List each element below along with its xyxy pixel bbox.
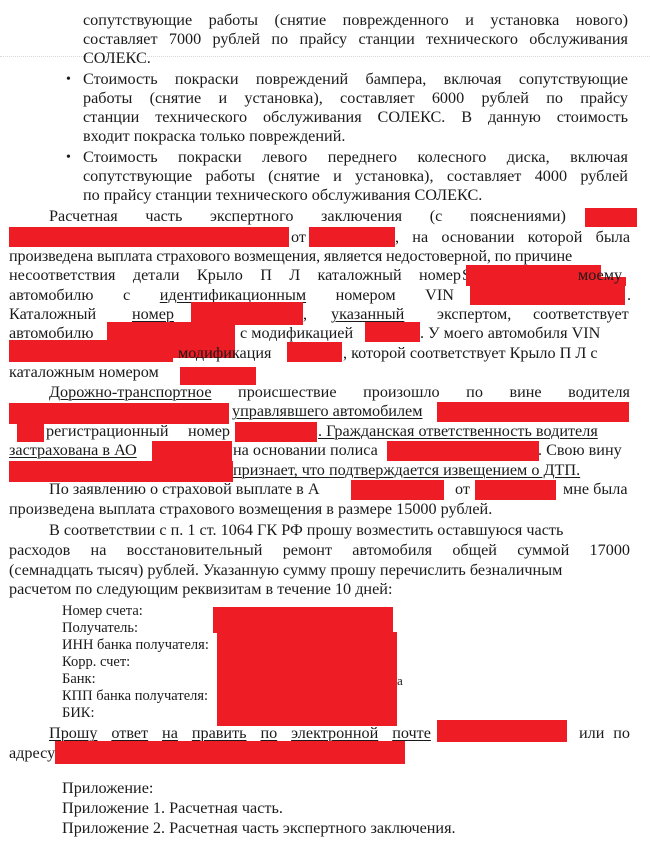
word: Стоимость: [83, 70, 158, 89]
expert-line3: произведена выплата страхового возмещени…: [9, 247, 572, 266]
word: водителя: [568, 383, 630, 402]
accident-line3-a: регистрационный: [46, 422, 169, 441]
bullet-icon: •: [66, 148, 71, 167]
word: бампера,: [365, 70, 426, 89]
redaction-box: [9, 342, 173, 362]
word: которой: [528, 228, 583, 247]
word: составляет: [340, 89, 415, 108]
word: по: [271, 30, 288, 49]
word: переднего: [328, 148, 397, 167]
word: прайсу: [299, 30, 347, 49]
word: (снятие: [150, 89, 202, 108]
word: 4000: [535, 167, 567, 186]
word: обслуживания: [529, 30, 628, 49]
reply-line2: адресу: [9, 744, 55, 763]
word: экспертного: [210, 207, 293, 226]
word: пояснениями): [470, 207, 566, 226]
word: Стоимость: [83, 148, 158, 167]
payment-line1-text: По заявлению о страховой выплате в: [49, 480, 304, 498]
redaction-box: [437, 720, 567, 742]
bullet3-line1: Стоимостьпокраскилевогопереднегоколесног…: [83, 148, 628, 167]
redaction-box: [107, 322, 235, 342]
word: происшествие: [238, 383, 337, 402]
word: или: [579, 724, 604, 743]
expert-line5-end: .: [627, 286, 631, 305]
word: с: [123, 286, 130, 305]
word: 7000: [169, 30, 201, 49]
word: номер: [419, 266, 461, 285]
payment-line1-a: По заявлению о страховой выплате в А: [49, 480, 320, 499]
payment-line1-partial: А: [308, 480, 320, 498]
word: была: [596, 228, 630, 247]
accident-line1: Дорожно-транспортноепроисшествиепроизошл…: [49, 383, 630, 402]
bullet1-line2: составляет7000рублейпопрайсустанциитехни…: [83, 30, 628, 49]
requisite-label-bank: Банк:: [62, 671, 96, 687]
word: (снятие: [268, 167, 320, 186]
word: 17000: [590, 541, 630, 560]
word: расходов: [9, 541, 70, 560]
requisite-label-bank-kpp: КПП банка получателя:: [62, 688, 208, 704]
word: основании: [441, 228, 514, 247]
word: включая: [570, 148, 628, 167]
word: общей: [452, 541, 497, 560]
word: установка: [490, 11, 559, 30]
payment-line1-b: от: [455, 480, 470, 499]
word: станции: [83, 108, 139, 127]
word: часть: [145, 207, 182, 226]
expert-line6-a: Каталожный: [9, 305, 96, 324]
redaction-box: [9, 461, 233, 482]
word: произошло: [363, 383, 440, 402]
word: автомобиля: [352, 541, 432, 560]
accident-line4-a: застрахована в АО: [9, 441, 137, 460]
word: сопутствующие: [519, 70, 628, 89]
word: и: [465, 11, 474, 30]
attachment-item: Приложение 1. Расчетная часть.: [62, 799, 283, 818]
word: технического: [155, 108, 247, 127]
expert-line2-from: от: [291, 228, 306, 247]
word: сопутствующие: [83, 11, 192, 30]
word: восстановительный: [127, 541, 263, 560]
word: (с: [430, 207, 443, 226]
word: составляет: [447, 167, 522, 186]
word: работы: [209, 11, 258, 30]
accident-line5: признает, что подтверждается извещением …: [233, 461, 580, 480]
bullet2-line4: входит покраска только повреждений.: [83, 127, 345, 146]
claim-line2: расходовнавосстановительныйремонтавтомоб…: [9, 541, 630, 560]
redaction-box: [55, 741, 405, 764]
word: рублей: [481, 89, 529, 108]
word: ,: [395, 228, 399, 247]
bullet3-line3: по прайсу станции технического обслужива…: [83, 186, 482, 205]
word: колесного: [417, 148, 486, 167]
redaction-box: [152, 441, 232, 461]
word: диска,: [507, 148, 550, 167]
word: обслуживания: [263, 108, 362, 127]
word: В: [461, 108, 472, 127]
word: покраски: [178, 148, 242, 167]
accident-line4-b: на основании полиса: [233, 441, 378, 460]
expert-line4-words: несоответствиядеталиКрылоПЛкаталожныйном…: [9, 266, 461, 285]
bullet3-line2: сопутствующиеработы(снятиеиустановка),со…: [83, 167, 628, 186]
redaction-box: [217, 632, 397, 726]
reply-line1-end: илипо: [579, 724, 630, 743]
expert-line6-f: соответствует: [533, 305, 629, 324]
word: вине: [509, 383, 541, 402]
word: и: [218, 89, 227, 108]
requisite-partial: а: [397, 674, 403, 688]
word: по: [466, 383, 483, 402]
word: ремонт: [283, 541, 332, 560]
redaction-box: [309, 227, 395, 247]
claim-line1: В соответствии с п. 1 ст. 1064 ГК РФ про…: [49, 521, 563, 540]
word: установка),: [244, 89, 322, 108]
word: работы: [205, 167, 254, 186]
accident-line3-c: . Гражданская ответственность водителя: [318, 422, 598, 441]
redaction-box: [470, 285, 625, 305]
redaction-box: [351, 480, 444, 500]
word: станции: [358, 30, 414, 49]
bullet1-line1: сопутствующиеработы(снятиеповрежденногои…: [83, 11, 628, 30]
accident-line3-b: номер: [188, 422, 230, 441]
word: работы: [83, 89, 132, 108]
word: (снятие: [275, 11, 327, 30]
redaction-box: [213, 607, 393, 633]
word: технического: [426, 30, 518, 49]
word: СОЛЕКС.: [378, 108, 446, 127]
word: 6000: [432, 89, 464, 108]
expert-line2-rest: ,наоснованиикоторойбыла: [395, 228, 630, 247]
word: составляет: [83, 30, 158, 49]
word: поврежденного: [343, 11, 449, 30]
word: Дорожно-транспортное: [49, 383, 212, 402]
word: покраски: [175, 70, 239, 89]
word: установка),: [355, 167, 433, 186]
word: заключения: [321, 207, 402, 226]
word: на: [91, 541, 107, 560]
word: стоимость: [557, 108, 628, 127]
redaction-box: [475, 480, 556, 500]
accident-line4-c: . Свою вину: [538, 441, 622, 460]
claim-line4: расчетом по следующим реквизитам в течен…: [9, 580, 392, 599]
word: по: [613, 724, 630, 743]
redaction-box: [17, 424, 44, 442]
word: на: [412, 228, 428, 247]
word: левого: [262, 148, 307, 167]
attachment-item: Приложение 2. Расчетная часть экспертног…: [62, 819, 456, 838]
expert-line4: несоответствиядеталиКрылоПЛкаталожныйном…: [9, 266, 471, 285]
bullet-icon: •: [66, 70, 71, 89]
word: рублей: [580, 167, 628, 186]
word: и: [333, 167, 342, 186]
expert-line6-c: ,: [303, 305, 307, 324]
expert-line4-end: моему: [578, 266, 622, 285]
word: Расчетная: [49, 207, 118, 226]
word: несоответствия: [9, 266, 116, 285]
word: суммой: [517, 541, 569, 560]
requisite-label-bank-inn: ИНН банка получателя:: [62, 637, 209, 653]
redaction-box: [365, 322, 420, 342]
redaction-box: [585, 208, 637, 227]
word: Л: [289, 266, 300, 285]
redaction-box: [235, 422, 317, 442]
bullet2-line3: станциитехническогообслуживанияСОЛЕКС.Вд…: [83, 108, 628, 127]
word: сопутствующие: [83, 167, 192, 186]
word: нового): [576, 11, 628, 30]
word: включая: [444, 70, 502, 89]
bullet1-line3: СОЛЕКС.: [83, 49, 151, 68]
expert-line6-e: экспертом,: [437, 305, 511, 324]
expert-line9: каталожным номером: [9, 363, 159, 382]
bullet2-line1: Стоимостьпокраскиповрежденийбампера,вклю…: [83, 70, 628, 89]
redaction-box: [287, 342, 342, 362]
claim-line3: (семнадцать тысяч) рублей. Указанную сум…: [9, 561, 562, 580]
bullet2-line2: работы(снятиеиустановка),составляет6000р…: [83, 89, 628, 108]
expert-line3-text: произведена выплата страхового возмещени…: [9, 247, 572, 265]
word: VIN: [425, 286, 454, 305]
requisite-label-account: Номер счета:: [62, 603, 143, 619]
redaction-box: [9, 403, 229, 424]
expert-line1: Расчетнаячастьэкспертногозаключения(споя…: [49, 207, 566, 226]
word: автомобилю: [9, 286, 93, 305]
accident-line2: управлявшего автомобилем: [232, 402, 422, 421]
word: П: [260, 266, 272, 285]
word: Крыло: [197, 266, 243, 285]
expert-line7-c: . У моего автомобиля VIN: [420, 324, 600, 343]
word: номером: [336, 286, 396, 305]
document-page: сопутствующиеработы(снятиеповрежденногои…: [0, 0, 650, 847]
word: повреждений: [256, 70, 348, 89]
redaction-box: [437, 402, 629, 422]
payment-line1-c: мне была: [563, 480, 628, 499]
word: данную: [488, 108, 541, 127]
redaction-box: [9, 227, 289, 247]
expert-line8-a: модификация: [178, 344, 272, 363]
word: прайсу: [580, 89, 628, 108]
expert-line8-b: , которой соответствует Крыло П Л с: [343, 344, 598, 363]
expert-line7-b: с модификацией: [240, 324, 353, 343]
requisite-label-corr-account: Корр. счет:: [62, 654, 130, 670]
requisite-label-bic: БИК:: [62, 705, 95, 721]
payment-line2: произведена выплата страхового возмещени…: [9, 500, 492, 519]
redaction-box: [387, 441, 539, 461]
word: каталожный: [318, 266, 402, 285]
attachments-title: Приложение:: [62, 779, 153, 798]
word: детали: [133, 266, 180, 285]
word: по: [546, 89, 563, 108]
word: рублей: [213, 30, 261, 49]
requisite-label-recipient: Получатель:: [62, 620, 138, 636]
